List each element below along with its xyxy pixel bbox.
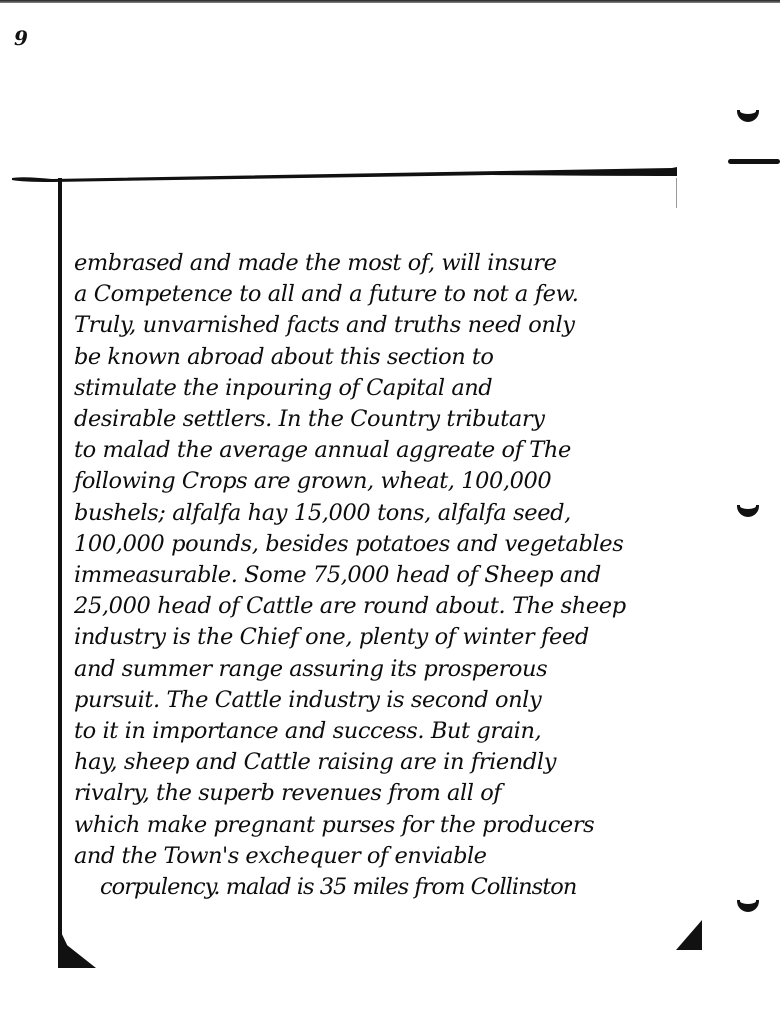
text-line: 100,000 pounds, besides potatoes and veg… <box>74 529 704 560</box>
text-line: Truly, unvarnished facts and truths need… <box>74 310 704 341</box>
punch-hole-icon <box>737 900 759 912</box>
text-line: to malad the average annual aggreate of … <box>74 435 704 466</box>
sheet-right-edge <box>676 178 677 208</box>
text-line: corpulency. malad is 35 miles from Colli… <box>74 872 704 903</box>
text-line: hay, sheep and Cattle raising are in fri… <box>74 747 704 778</box>
punch-hole-icon <box>737 505 759 517</box>
text-line: industry is the Chief one, plenty of win… <box>74 622 704 653</box>
handwritten-text: embrased and made the most of, will insu… <box>74 248 704 903</box>
text-line: and summer range assuring its prosperous <box>74 654 704 685</box>
text-line: bushels; alfalfa hay 15,000 tons, alfalf… <box>74 498 704 529</box>
text-line: a Competence to all and a future to not … <box>74 279 704 310</box>
text-line: to it in importance and success. But gra… <box>74 716 704 747</box>
text-line: stimulate the inpouring of Capital and <box>74 373 704 404</box>
text-line: following Crops are grown, wheat, 100,00… <box>74 466 704 497</box>
text-line: pursuit. The Cattle industry is second o… <box>74 685 704 716</box>
adjacent-sheet-edge <box>728 159 780 164</box>
punch-hole-icon <box>737 110 759 122</box>
page-number: 9 <box>14 26 28 50</box>
scan-top-edge <box>0 0 780 3</box>
text-line: 25,000 head of Cattle are round about. T… <box>74 591 704 622</box>
text-line: and the Town's exchequer of enviable <box>74 841 704 872</box>
text-line: be known abroad about this section to <box>74 342 704 373</box>
text-line: rivalry, the superb revenues from all of <box>74 778 704 809</box>
sheet-corner-shadow <box>676 920 702 950</box>
text-line: desirable settlers. In the Country tribu… <box>74 404 704 435</box>
text-line: embrased and made the most of, will insu… <box>74 248 704 279</box>
text-line: immeasurable. Some 75,000 head of Sheep … <box>74 560 704 591</box>
text-line: which make pregnant purses for the produ… <box>74 810 704 841</box>
